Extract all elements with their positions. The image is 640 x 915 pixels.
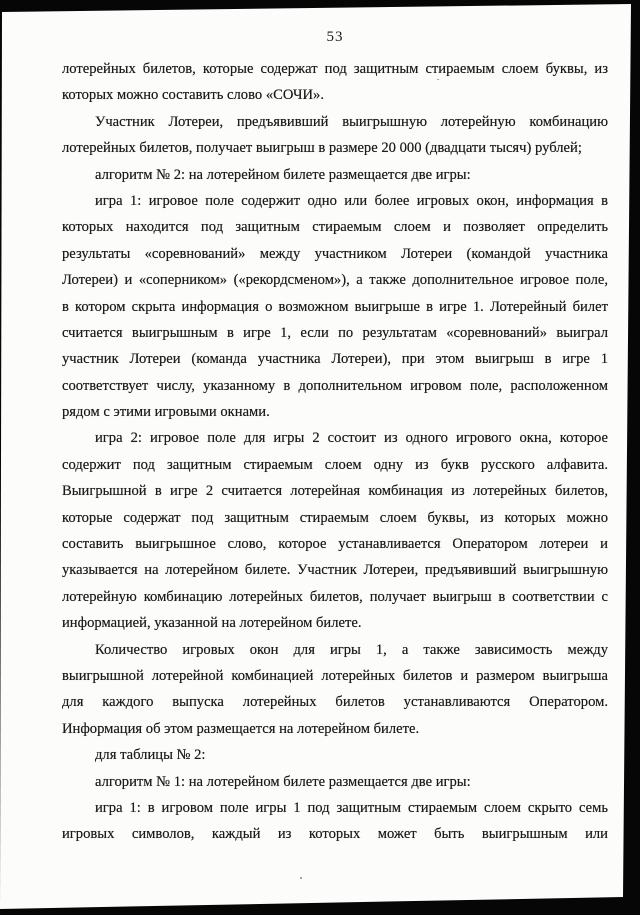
text-line: Участник Лотереи, предъявивший выигрышну… [62,109,608,135]
text-line: Выигрышной в игре 2 считается лотерейная… [62,478,608,504]
text-line: игра 1: в игровом поле игры 1 под защитн… [62,795,608,821]
text-line: алгоритм № 2: на лотерейном билете разме… [62,162,608,188]
text-line: указывается на лотерейном билете. Участн… [62,557,608,583]
text-line: содержит под защитным стираемым слоем од… [62,452,608,478]
text-line: лотерейную комбинацию лотерейных билетов… [62,584,608,610]
scan-speck [300,877,302,879]
text-line: для таблицы № 2: [62,742,608,768]
text-line: которые содержат под защитным стираемым … [62,505,608,531]
scan-speck [437,79,439,80]
text-line: Лотереи) и «соперником» («рекордсменом»)… [62,267,608,293]
text-line: Количество игровых окон для игры 1, а та… [62,637,608,663]
document-page: 53 лотерейных билетов, которые содержат … [0,0,640,915]
text-block: лотерейных билетов, которые содержат под… [62,56,608,848]
scan-frame: { "page": { "number": "53" }, "content":… [0,0,640,915]
paragraph: игра 2: игровое поле для игры 2 состоит … [62,425,608,636]
text-line: участник Лотереи (команда участника Лоте… [62,346,608,372]
paragraph: алгоритм № 1: на лотерейном билете разме… [62,769,608,795]
text-line: алгоритм № 1: на лотерейном билете разме… [62,769,608,795]
paragraph: лотерейных билетов, которые содержат под… [62,56,608,109]
text-line: в котором скрыта информация о возможном … [62,294,608,320]
text-line: для каждого выпуска лотерейных билетов у… [62,689,608,715]
text-line: игра 1: игровое поле содержит одно или б… [62,188,608,214]
text-line: игровых символов, каждый из которых може… [62,821,608,847]
text-line: информацией, указанной на лотерейном бил… [62,610,608,636]
paragraph: игра 1: в игровом поле игры 1 под защитн… [62,795,608,848]
text-line: результаты «соревнований» между участник… [62,241,608,267]
paragraph: Участник Лотереи, предъявивший выигрышну… [62,109,608,162]
paragraph: алгоритм № 2: на лотерейном билете разме… [62,162,608,188]
paragraph: игра 1: игровое поле содержит одно или б… [62,188,608,426]
text-line: рядом с этими игровыми окнами. [62,399,608,425]
paragraph: для таблицы № 2: [62,742,608,768]
paragraph: Количество игровых окон для игры 1, а та… [62,637,608,743]
text-line: Информация об этом размещается на лотере… [62,716,608,742]
text-line: лотерейных билетов, которые содержат под… [62,56,608,82]
text-line: которых находится под защитным стираемым… [62,214,608,240]
text-line: которых можно составить слово «СОЧИ». [62,82,608,108]
text-line: считается выигрышным в игре 1, если по р… [62,320,608,346]
text-line: выигрышной лотерейной комбинацией лотере… [62,663,608,689]
text-line: соответствует числу, указанному в дополн… [62,373,608,399]
text-line: игра 2: игровое поле для игры 2 состоит … [62,425,608,451]
text-line: лотерейных билетов, получает выигрыш в р… [62,135,608,161]
text-line: составить выигрышное слово, которое уста… [62,531,608,557]
page-number: 53 [62,29,608,46]
